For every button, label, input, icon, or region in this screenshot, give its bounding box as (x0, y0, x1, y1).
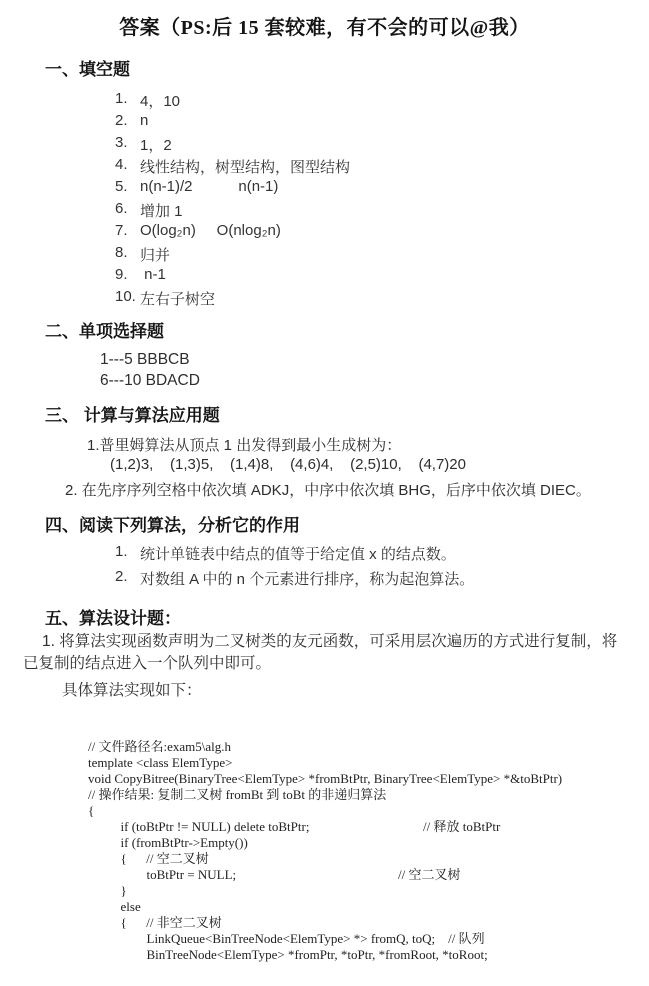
item-text: n (140, 112, 148, 129)
item-number: 2. (115, 568, 140, 585)
code-line: } (88, 883, 562, 899)
item-number: 2. (115, 112, 140, 129)
item-number: 1. (115, 90, 140, 107)
code-line: // 操作结果: 复制二叉树 fromBt 到 toBt 的非递归算法 (88, 787, 562, 803)
item-text: 增加 1 (140, 200, 183, 221)
reading-list: 1.统计单链表中结点的值等于给定值 x 的结点数。 2.对数组 A 中的 n 个… (115, 543, 474, 593)
item-number: 6. (115, 200, 140, 217)
item-text: 对数组 A 中的 n 个元素进行排序，称为起泡算法。 (140, 568, 474, 589)
code-line: template <class ElemType> (88, 755, 562, 771)
item-text: 4，10 (140, 90, 180, 111)
code-line: { // 空二叉树 (88, 851, 562, 867)
item-text: O(log₂n) O(nlog₂n) (140, 222, 281, 239)
list-item: 9. n-1 (115, 266, 350, 288)
choice-answers-1-5: 1---5 BBBCB (100, 351, 190, 369)
item-number: 4. (115, 156, 140, 173)
code-text: if (fromBtPtr->Empty()) (88, 835, 248, 850)
item-number: 5. (115, 178, 140, 195)
code-line: if (fromBtPtr->Empty()) (88, 835, 562, 851)
code-line: else (88, 899, 562, 915)
code-comment: // 释放 toBtPtr (423, 819, 500, 835)
code-text: // 操作结果: 复制二叉树 fromBt 到 toBt 的非递归算法 (88, 787, 386, 802)
item-text: n(n-1)/2 n(n-1) (140, 178, 278, 195)
list-item: 10.左右子树空 (115, 288, 350, 310)
code-line: { // 非空二叉树 (88, 915, 562, 931)
code-line: toBtPtr = NULL;// 空二叉树 (88, 867, 562, 883)
code-text: template <class ElemType> (88, 755, 232, 770)
list-item: 2.n (115, 112, 350, 134)
list-item: 8.归并 (115, 244, 350, 266)
list-item: 6.增加 1 (115, 200, 350, 222)
item-text: 线性结构，树型结构，图型结构 (140, 156, 350, 177)
list-item: 4.线性结构，树型结构，图型结构 (115, 156, 350, 178)
code-text: LinkQueue<BinTreeNode<ElemType> *> fromQ… (88, 931, 485, 946)
code-block: // 文件路径名:exam5\alg.h template <class Ele… (88, 739, 562, 963)
item-number: 10. (115, 288, 140, 305)
item-number: 9. (115, 266, 140, 283)
item-text: 左右子树空 (140, 288, 215, 309)
code-text: { (88, 803, 94, 818)
calc-question-1-result: (1,2)3, (1,3)5, (1,4)8, (4,6)4, (2,5)10,… (110, 456, 466, 473)
code-text: { // 非空二叉树 (88, 915, 222, 930)
code-text: } (88, 883, 127, 898)
code-line: if (toBtPtr != NULL) delete toBtPtr;// 释… (88, 819, 562, 835)
code-text: // 文件路径名:exam5\alg.h (88, 739, 231, 754)
item-text: 归并 (140, 244, 170, 265)
list-item: 7.O(log₂n) O(nlog₂n) (115, 222, 350, 244)
item-text: 1，2 (140, 134, 172, 155)
code-line: BinTreeNode<ElemType> *fromPtr, *toPtr, … (88, 947, 562, 963)
design-sub-line: 具体算法实现如下： (62, 678, 202, 700)
item-text: 统计单链表中结点的值等于给定值 x 的结点数。 (140, 543, 456, 564)
design-intro-paragraph: 1. 将算法实现函数声明为二叉树类的友元函数，可采用层次遍历的方式进行复制，将已… (23, 631, 623, 675)
section-heading-reading: 四、阅读下列算法，分析它的作用 (45, 511, 300, 536)
code-text: BinTreeNode<ElemType> *fromPtr, *toPtr, … (88, 947, 488, 962)
choice-answers-6-10: 6---10 BDACD (100, 372, 200, 390)
document-title: 答案（PS:后 15 套较难，有不会的可以@我） (0, 11, 649, 40)
answer-sheet-page: 答案（PS:后 15 套较难，有不会的可以@我） 一、填空题 1.4，10 2.… (0, 0, 649, 986)
list-item: 2.对数组 A 中的 n 个元素进行排序，称为起泡算法。 (115, 568, 474, 593)
section-heading-fill-blanks: 一、填空题 (45, 55, 130, 80)
section-heading-calculation: 三、 计算与算法应用题 (45, 401, 220, 426)
code-text: { // 空二叉树 (88, 851, 209, 866)
code-text: if (toBtPtr != NULL) delete toBtPtr; (88, 819, 309, 834)
list-item: 5.n(n-1)/2 n(n-1) (115, 178, 350, 200)
code-comment: // 空二叉树 (398, 867, 460, 883)
code-text: toBtPtr = NULL; (88, 867, 236, 882)
section-heading-multiple-choice: 二、单项选择题 (45, 317, 164, 342)
code-text: void CopyBitree(BinaryTree<ElemType> *fr… (88, 771, 562, 786)
item-number: 3. (115, 134, 140, 151)
item-text: n-1 (140, 266, 166, 283)
fill-blanks-list: 1.4，10 2.n 3.1，2 4.线性结构，树型结构，图型结构 5.n(n-… (115, 90, 350, 310)
section-heading-design: 五、算法设计题： (45, 604, 181, 629)
calc-question-2: 2. 在先序序列空格中依次填 ADKJ，中序中依次填 BHG，后序中依次填 DI… (65, 479, 591, 500)
list-item: 3.1，2 (115, 134, 350, 156)
item-number: 1. (115, 543, 140, 560)
code-line: { (88, 803, 562, 819)
code-line: // 文件路径名:exam5\alg.h (88, 739, 562, 755)
calc-question-1: 1.普里姆算法从顶点 1 出发得到最小生成树为： (87, 434, 401, 455)
list-item: 1.4，10 (115, 90, 350, 112)
code-text: else (88, 899, 141, 914)
item-number: 7. (115, 222, 140, 239)
code-line: LinkQueue<BinTreeNode<ElemType> *> fromQ… (88, 931, 562, 947)
item-number: 8. (115, 244, 140, 261)
list-item: 1.统计单链表中结点的值等于给定值 x 的结点数。 (115, 543, 474, 568)
code-line: void CopyBitree(BinaryTree<ElemType> *fr… (88, 771, 562, 787)
